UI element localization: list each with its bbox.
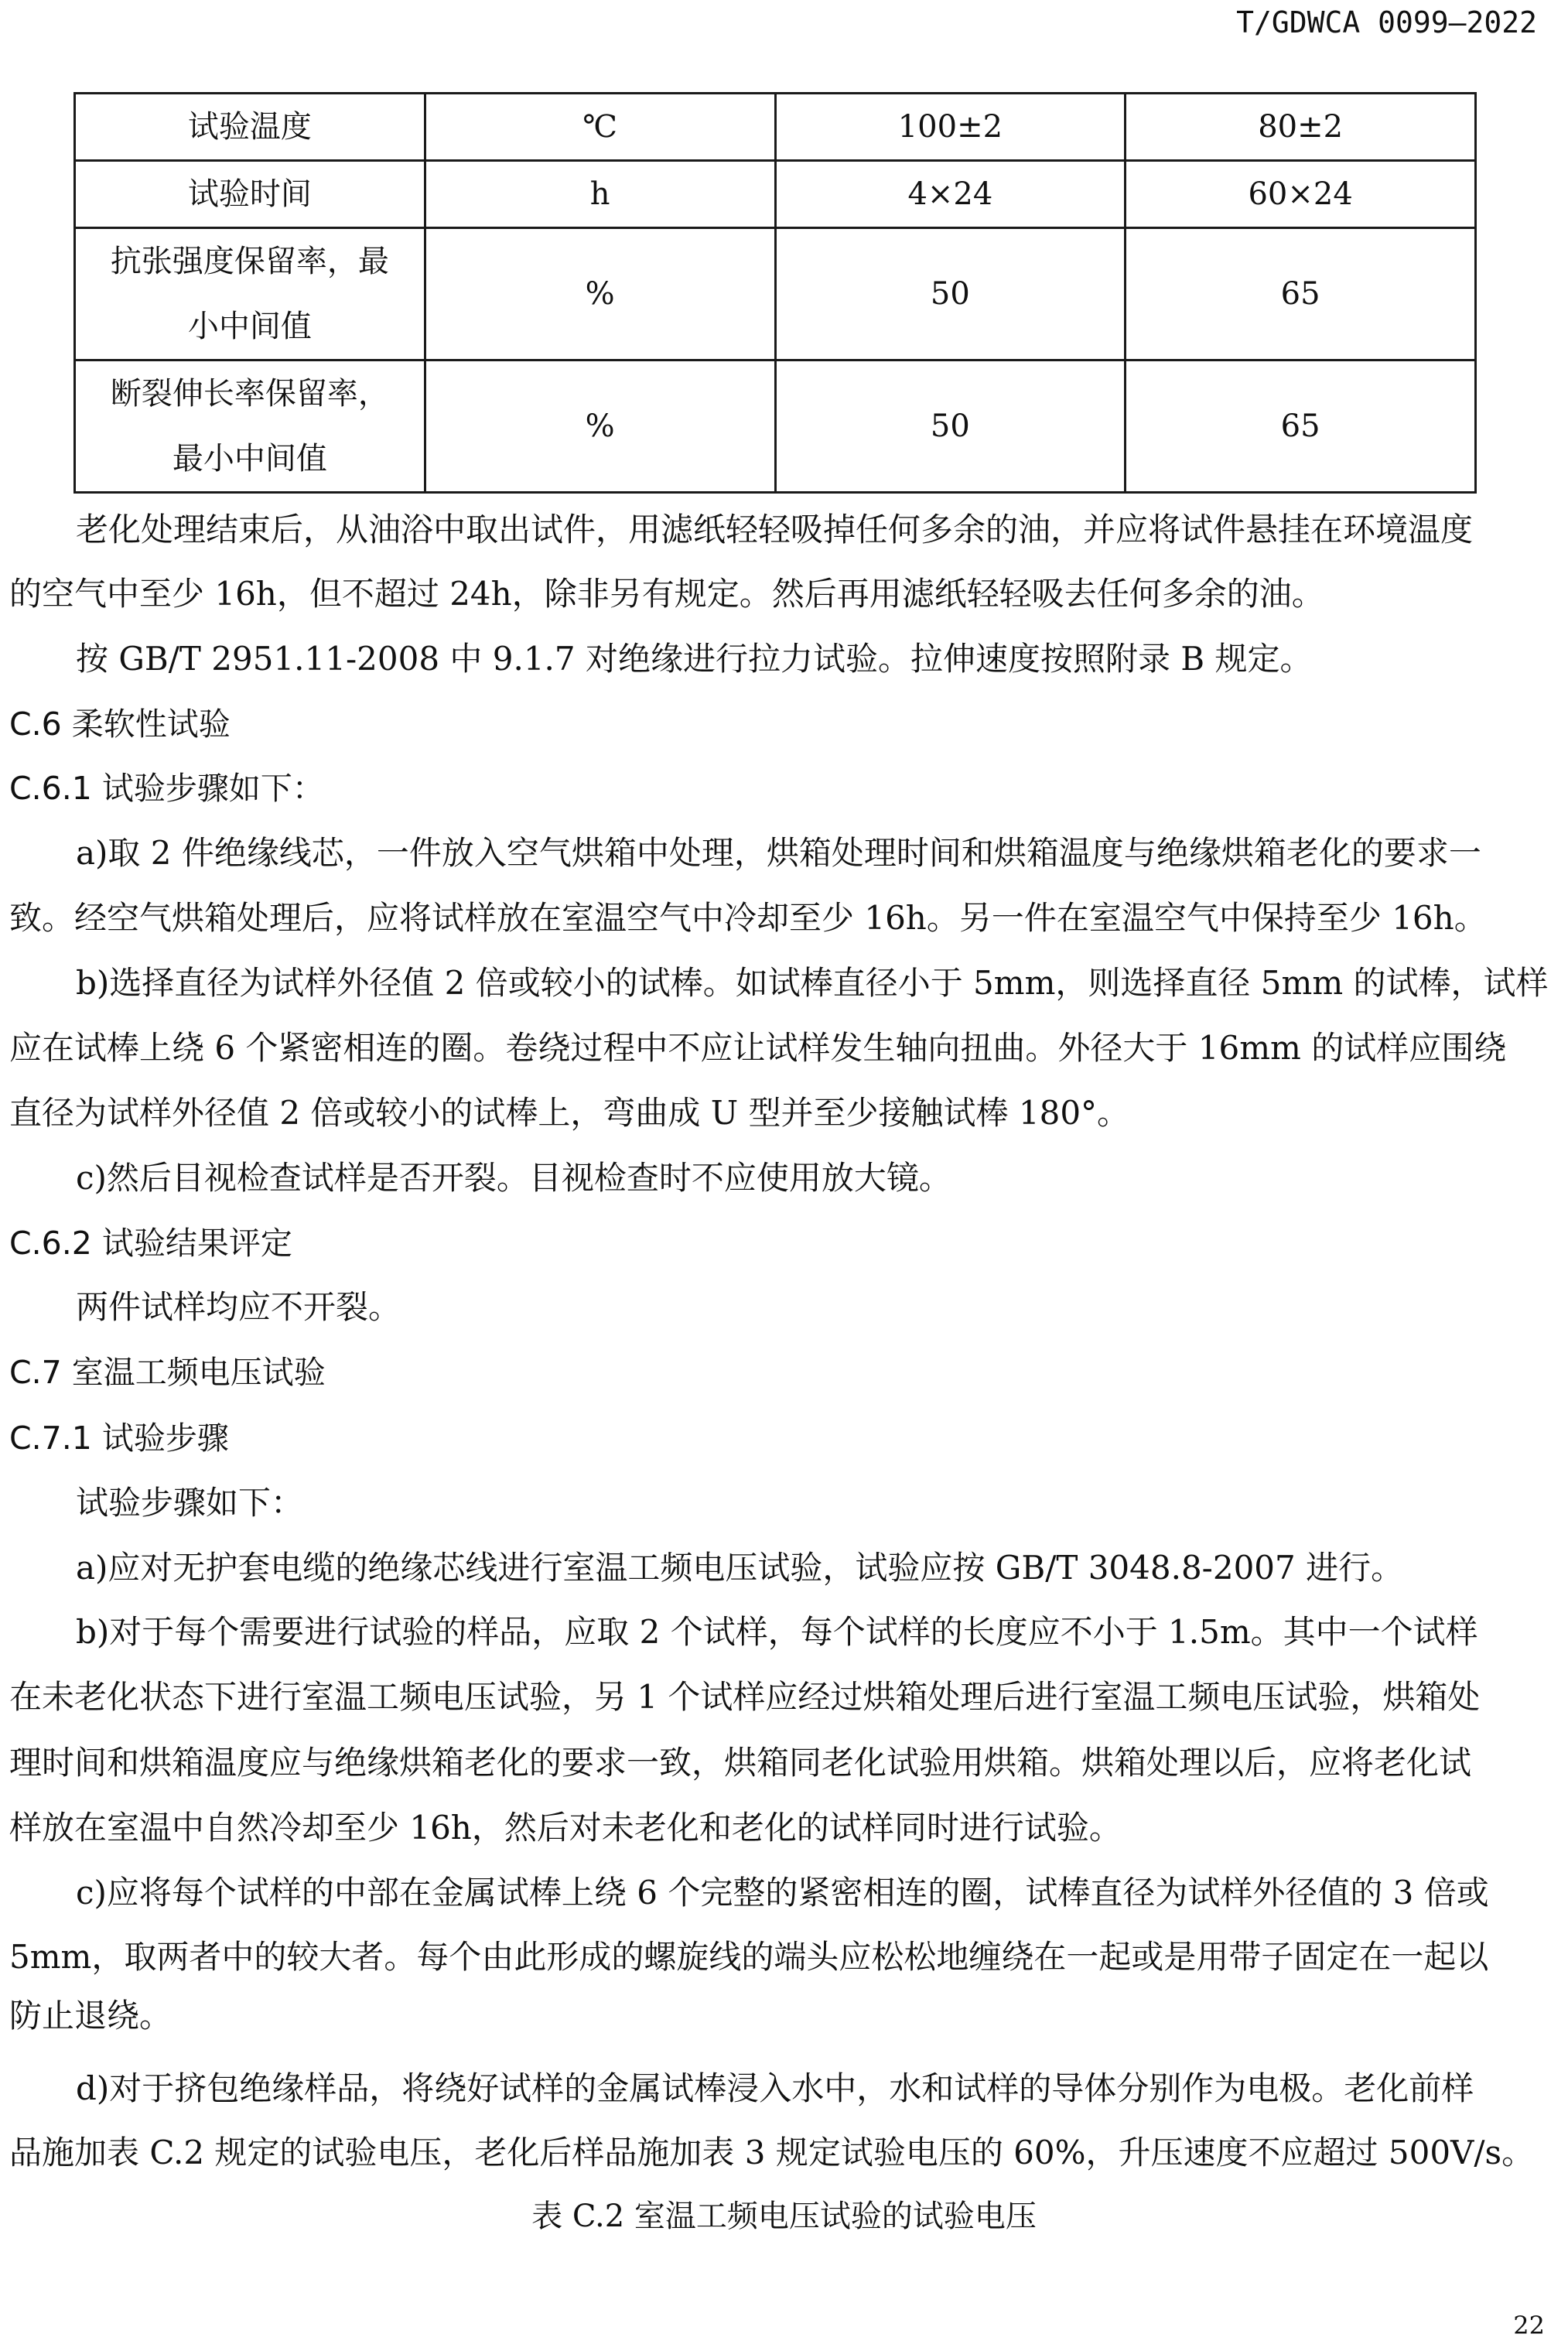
- section-heading-c7-1: C.7.1 试验步骤: [9, 1406, 229, 1471]
- table-cell-unit: %: [425, 228, 775, 360]
- paragraph-line: 试验步骤如下：: [76, 1471, 303, 1536]
- table-cell-value: 65: [1126, 228, 1476, 360]
- table-row: 试验温度 ℃ 100±2 80±2: [75, 94, 1476, 161]
- table-cell-value: 50: [775, 228, 1126, 360]
- cell-line: 抗张强度保留率，最: [82, 229, 418, 294]
- paragraph-line: 致。经空气烘箱处理后，应将试样放在室温空气中冷却至少 16h。另一件在室温空气中…: [9, 886, 1487, 951]
- paragraph-line: 品施加表 C.2 规定的试验电压，老化后样品施加表 3 规定试验电压的 60%，…: [9, 2120, 1534, 2185]
- paragraph-line: b)对于每个需要进行试验的样品，应取 2 个试样，每个试样的长度应不小于 1.5…: [76, 1600, 1478, 1665]
- table-cell-unit: %: [425, 360, 775, 493]
- paragraph-line: 直径为试样外径值 2 倍或较小的试棒上，弯曲成 U 型并至少接触试棒 180°。: [9, 1081, 1129, 1146]
- table-cell-unit: h: [425, 161, 775, 228]
- table-cell-parameter: 试验时间: [75, 161, 425, 228]
- cell-line: 小中间值: [82, 294, 418, 359]
- table-row: 试验时间 h 4×24 60×24: [75, 161, 1476, 228]
- cell-line: 断裂伸长率保留率，: [82, 361, 418, 426]
- page-number: 22: [1513, 2308, 1545, 2342]
- table-row: 抗张强度保留率，最 小中间值 % 50 65: [75, 228, 1476, 360]
- table-row: 断裂伸长率保留率， 最小中间值 % 50 65: [75, 360, 1476, 493]
- paragraph-line: 在未老化状态下进行室温工频电压试验，另 1 个试样应经过烘箱处理后进行室温工频电…: [9, 1665, 1480, 1730]
- paragraph-line: 应在试棒上绕 6 个紧密相连的圈。卷绕过程中不应让试样发生轴向扭曲。外径大于 1…: [9, 1016, 1506, 1081]
- paragraph-line: 两件试样均应不开裂。: [76, 1275, 401, 1340]
- table-cell-value: 50: [775, 360, 1126, 493]
- cell-line: 最小中间值: [82, 426, 418, 491]
- paragraph-line: d)对于挤包绝缘样品，将绕好试样的金属试棒浸入水中，水和试样的导体分别作为电极。…: [76, 2056, 1474, 2121]
- table-cell-parameter: 试验温度: [75, 94, 425, 161]
- table-cell-unit: ℃: [425, 94, 775, 161]
- paragraph-line: a)取 2 件绝缘线芯，一件放入空气烘箱中处理，烘箱处理时间和烘箱温度与绝缘烘箱…: [76, 821, 1481, 886]
- table-cell-value: 65: [1126, 360, 1476, 493]
- table-cell-value: 100±2: [775, 94, 1126, 161]
- paragraph-line: 按 GB/T 2951.11-2008 中 9.1.7 对绝缘进行拉力试验。拉伸…: [76, 627, 1313, 692]
- table-cell-value: 80±2: [1126, 94, 1476, 161]
- table-cell-parameter: 断裂伸长率保留率， 最小中间值: [75, 360, 425, 493]
- paragraph-line: 防止退绕。: [9, 1984, 172, 2048]
- paragraph-line: 5mm，取两者中的较大者。每个由此形成的螺旋线的端头应松松地缠绕在一起或是用带子…: [9, 1925, 1488, 1990]
- paragraph-line: b)选择直径为试样外径值 2 倍或较小的试棒。如试棒直径小于 5mm，则选择直径…: [76, 951, 1549, 1016]
- paragraph-line: 理时间和烘箱温度应与绝缘烘箱老化的要求一致，烘箱同老化试验用烘箱。烘箱处理以后，…: [9, 1731, 1471, 1796]
- section-heading-c6: C.6 柔软性试验: [9, 692, 231, 757]
- table-cell-value: 4×24: [775, 161, 1126, 228]
- table-cell-value: 60×24: [1126, 161, 1476, 228]
- paragraph-line: a)应对无护套电缆的绝缘芯线进行室温工频电压试验，试验应按 GB/T 3048.…: [76, 1536, 1403, 1601]
- section-heading-c6-2: C.6.2 试验结果评定: [9, 1211, 292, 1276]
- paragraph-line: c)应将每个试样的中部在金属试棒上绕 6 个完整的紧密相连的圈，试棒直径为试样外…: [76, 1861, 1489, 1925]
- table-caption: 表 C.2 室温工频电压试验的试验电压: [0, 2184, 1568, 2249]
- section-heading-c7: C.7 室温工频电压试验: [9, 1340, 326, 1405]
- paragraph-line: 样放在室温中自然冷却至少 16h，然后对未老化和老化的试样同时进行试验。: [9, 1796, 1122, 1861]
- paragraph-line: 老化处理结束后，从油浴中取出试件，用滤纸轻轻吸掉任何多余的油，并应将试件悬挂在环…: [76, 497, 1473, 562]
- paragraph-line: c)然后目视检查试样是否开裂。目视检查时不应使用放大镜。: [76, 1146, 951, 1211]
- table-cell-parameter: 抗张强度保留率，最 小中间值: [75, 228, 425, 360]
- paragraph-line: 的空气中至少 16h，但不超过 24h，除非另有规定。然后再用滤纸轻轻吸去任何多…: [9, 562, 1324, 627]
- section-heading-c6-1: C.6.1 试验步骤如下：: [9, 756, 324, 821]
- aging-test-table: 试验温度 ℃ 100±2 80±2 试验时间 h 4×24 60×24 抗张强度…: [73, 92, 1477, 494]
- document-id-header: T/GDWCA 0099—2022: [1236, 5, 1537, 40]
